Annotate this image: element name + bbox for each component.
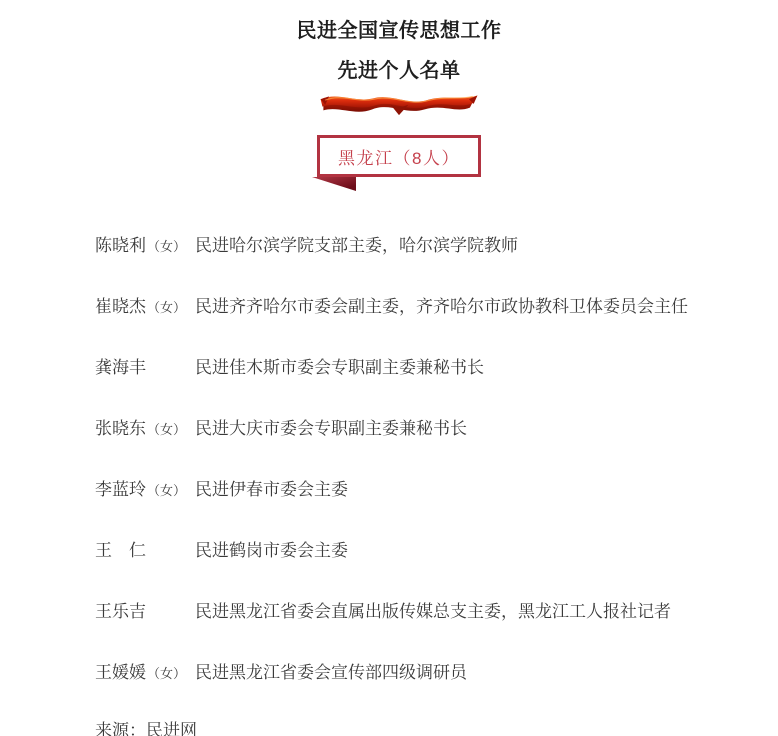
source-line: 来源：民进网 (95, 722, 778, 736)
person-row: 王媛媛（女）民进黑龙江省委会宣传部四级调研员 (95, 664, 778, 683)
person-name-col: 龚海丰 (95, 359, 195, 378)
person-title: 民进齐齐哈尔市委会副主委，齐齐哈尔市政协教科卫体委员会主任 (195, 297, 688, 316)
page-title-line2: 先进个人名单 (10, 61, 778, 81)
article-page: 民进全国宣传思想工作 先进个人名单 (0, 0, 778, 736)
person-name-col: 崔晓杰（女） (95, 298, 195, 317)
region-label: 黑龙江（8人） (338, 144, 460, 169)
person-title: 民进黑龙江省委会直属出版传媒总支主委，黑龙江工人报社记者 (195, 602, 671, 621)
person-name: 陈晓利 (95, 236, 146, 255)
person-gender: （女） (147, 483, 186, 498)
person-title: 民进佳木斯市委会专职副主委兼秘书长 (195, 358, 484, 377)
person-name-col: 李蓝玲（女） (95, 481, 195, 500)
person-name: 王乐吉 (95, 602, 146, 621)
person-row: 王 仁民进鹤岗市委会主委 (95, 542, 778, 561)
person-row: 龚海丰民进佳木斯市委会专职副主委兼秘书长 (95, 359, 778, 378)
person-name: 王 仁 (95, 541, 146, 560)
person-name: 崔晓杰 (95, 297, 146, 316)
person-name: 李蓝玲 (95, 480, 146, 499)
person-row: 陈晓利（女）民进哈尔滨学院支部主委，哈尔滨学院教师 (95, 237, 778, 256)
person-name: 王媛媛 (95, 663, 146, 682)
ribbon-decoration-icon (10, 88, 778, 116)
person-name-col: 陈晓利（女） (95, 237, 195, 256)
person-name-col: 王媛媛（女） (95, 664, 195, 683)
person-title: 民进黑龙江省委会宣传部四级调研员 (195, 663, 467, 682)
person-gender: （女） (147, 666, 186, 681)
person-row: 李蓝玲（女）民进伊春市委会主委 (95, 481, 778, 500)
person-row: 崔晓杰（女）民进齐齐哈尔市委会副主委，齐齐哈尔市政协教科卫体委员会主任 (95, 298, 778, 317)
person-name-col: 王 仁 (95, 542, 195, 561)
page-title-line1: 民进全国宣传思想工作 (10, 21, 778, 41)
person-name: 龚海丰 (95, 358, 146, 377)
people-list: 陈晓利（女）民进哈尔滨学院支部主委，哈尔滨学院教师 崔晓杰（女）民进齐齐哈尔市委… (95, 237, 778, 683)
person-title: 民进大庆市委会专职副主委兼秘书长 (195, 419, 467, 438)
person-name: 张晓东 (95, 419, 146, 438)
person-title: 民进哈尔滨学院支部主委，哈尔滨学院教师 (195, 236, 518, 255)
person-name-col: 王乐吉 (95, 603, 195, 622)
person-row: 张晓东（女）民进大庆市委会专职副主委兼秘书长 (95, 420, 778, 439)
region-tail-triangle (312, 177, 356, 191)
header: 民进全国宣传思想工作 先进个人名单 (10, 0, 778, 177)
person-title: 民进鹤岗市委会主委 (195, 541, 348, 560)
person-title: 民进伊春市委会主委 (195, 480, 348, 499)
person-gender: （女） (147, 300, 186, 315)
person-gender: （女） (147, 422, 186, 437)
region-badge-wrap: 黑龙江（8人） (10, 135, 778, 177)
region-badge: 黑龙江（8人） (317, 135, 481, 177)
person-gender: （女） (147, 239, 186, 254)
person-name-col: 张晓东（女） (95, 420, 195, 439)
footer: 来源：民进网 (0, 722, 778, 736)
person-row: 王乐吉民进黑龙江省委会直属出版传媒总支主委，黑龙江工人报社记者 (95, 603, 778, 622)
